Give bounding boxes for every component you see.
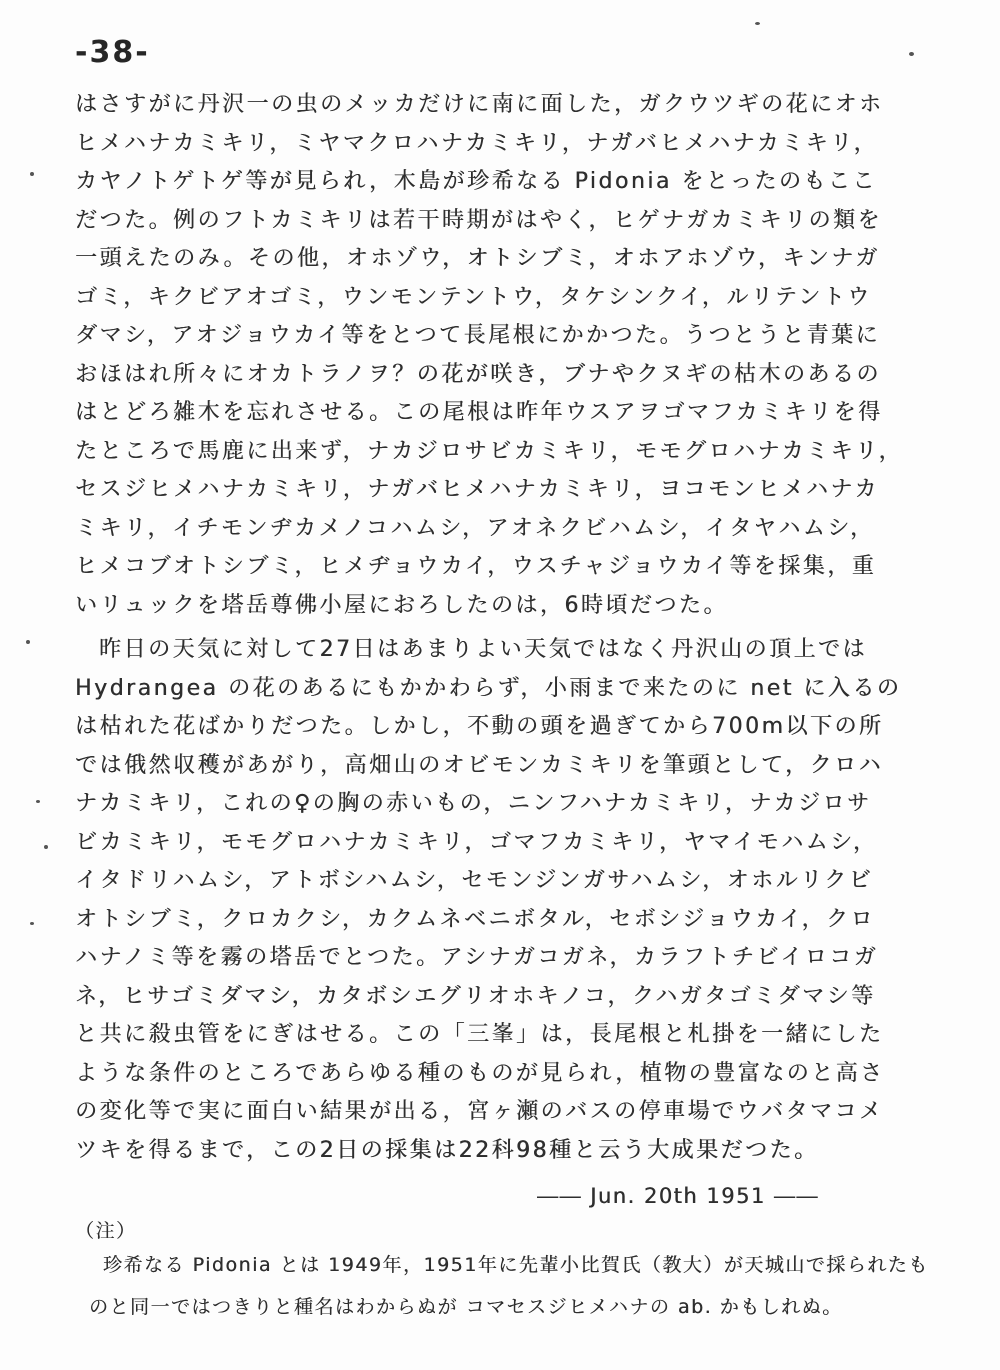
- date-line: ―― Jun. 20th 1951 ――: [75, 1176, 940, 1216]
- text-line: セスジヒメハナカミキリ，ナガバヒメハナカミキリ，ヨコモンヒメハナカ: [75, 471, 940, 510]
- text-line: ダマシ，アオジョウカイ等をとつて長尾根にかかつた。うつとうと青葉に: [75, 317, 940, 356]
- text-line: カヤノトゲトゲ等が見られ，木島が珍希なる Pidonia をとったのもここ: [75, 163, 940, 202]
- text-line: イタドリハムシ，アトボシハムシ，セモンジンガサハムシ，オホルリクビ: [75, 862, 940, 901]
- footnote-label: （注）: [75, 1218, 940, 1244]
- text-line: 昨日の天気に対して27日はあまりよい天気ではなく丹沢山の頂上では: [75, 631, 940, 670]
- scan-speck: [30, 922, 34, 925]
- paragraph: はさすがに丹沢一の虫のメッカだけに南に面した，ガクウツギの花にオホ ヒメハナカミ…: [75, 86, 940, 625]
- text-line: は枯れた花ばかりだつた。しかし，不動の頭を過ぎてから700m以下の所: [75, 708, 940, 747]
- text-line: ような条件のところであらゆる種のものが見られ，植物の豊富なのと高さ: [75, 1055, 940, 1094]
- text-line: ゴミ，キクビアオゴミ，ウンモンテントウ，タケシンクイ，ルリテントウ: [75, 279, 940, 318]
- footnote-line: のと同一ではつきりと種名はわからぬが コマセスジヒメハナの ab. かもしれぬ。: [75, 1286, 940, 1328]
- text-line: いリュックを塔岳尊佛小屋におろしたのは，6時頃だつた。: [75, 587, 940, 626]
- paragraph: 昨日の天気に対して27日はあまりよい天気ではなく丹沢山の頂上では Hydrang…: [75, 631, 940, 1170]
- text-line: の変化等で実に面白い結果が出る，宮ヶ瀬のバスの停車場でウバタマコメ: [75, 1093, 940, 1132]
- scan-speck: [36, 800, 40, 803]
- text-line: はとどろ雑木を忘れさせる。この尾根は昨年ウスアヲゴマフカミキリを得: [75, 394, 940, 433]
- text-line: ナカミキリ，これの♀の胸の赤いもの，ニンフハナカミキリ，ナカジロサ: [75, 785, 940, 824]
- text-line: Hydrangea の花のあるにもかかわらず，小雨まで来たのに net に入るの: [75, 670, 940, 709]
- footnote-block: （注） 珍希なる Pidonia とは 1949年，1951年に先輩小比賀氏（教…: [75, 1218, 940, 1328]
- text-line: ミキリ，イチモンヂカメノコハムシ，アオネクビハムシ，イタヤハムシ，: [75, 510, 940, 549]
- scan-speck: [26, 640, 30, 644]
- text-line: はさすがに丹沢一の虫のメッカだけに南に面した，ガクウツギの花にオホ: [75, 86, 940, 125]
- text-line: たところで馬鹿に出来ず，ナカジロサビカミキリ，モモグロハナカミキリ，: [75, 433, 940, 472]
- page-content: -38- はさすがに丹沢一の虫のメッカだけに南に面した，ガクウツギの花にオホ ヒ…: [75, 26, 940, 1328]
- text-line: ツキを得るまで，この2日の採集は22科98種と云う大成果だつた。: [75, 1132, 940, 1171]
- scanned-document-page: -38- はさすがに丹沢一の虫のメッカだけに南に面した，ガクウツギの花にオホ ヒ…: [0, 0, 1000, 1370]
- text-line: ヒメコブオトシブミ，ヒメヂョウカイ，ウスチャジョウカイ等を採集，重: [75, 548, 940, 587]
- scan-speck: [44, 845, 48, 849]
- page-number: -38-: [75, 26, 940, 86]
- text-line: だつた。例のフトカミキリは若干時期がはやく，ヒゲナガカミキリの類を: [75, 202, 940, 241]
- text-line: オトシブミ，クロカクシ，カクムネベニボタル，セボシジョウカイ，クロ: [75, 901, 940, 940]
- text-line: と共に殺虫管をにぎはせる。この「三峯」は，長尾根と札掛を一緒にした: [75, 1016, 940, 1055]
- body-text: はさすがに丹沢一の虫のメッカだけに南に面した，ガクウツギの花にオホ ヒメハナカミ…: [75, 86, 940, 1170]
- text-line: 一頭えたのみ。その他，オホゾウ，オトシブミ，オホアホゾウ，キンナガ: [75, 240, 940, 279]
- text-line: おほはれ所々にオカトラノヲ？の花が咲き，ブナやクヌギの枯木のあるの: [75, 356, 940, 395]
- text-line: ハナノミ等を霧の塔岳でとつた。アシナガコガネ，カラフトチビイロコガ: [75, 939, 940, 978]
- scan-speck: [30, 172, 34, 176]
- footnote-line: 珍希なる Pidonia とは 1949年，1951年に先輩小比賀氏（教大）が天…: [75, 1244, 940, 1286]
- text-line: ネ，ヒサゴミダマシ，カタボシエグリオホキノコ，クハガタゴミダマシ等: [75, 978, 940, 1017]
- text-line: では俄然収穫があがり，高畑山のオビモンカミキリを筆頭として，クロハ: [75, 747, 940, 786]
- scan-speck: [755, 22, 760, 25]
- text-line: ヒメハナカミキリ，ミヤマクロハナカミキリ，ナガバヒメハナカミキリ，: [75, 125, 940, 164]
- text-line: ビカミキリ，モモグロハナカミキリ，ゴマフカミキリ，ヤマイモハムシ，: [75, 824, 940, 863]
